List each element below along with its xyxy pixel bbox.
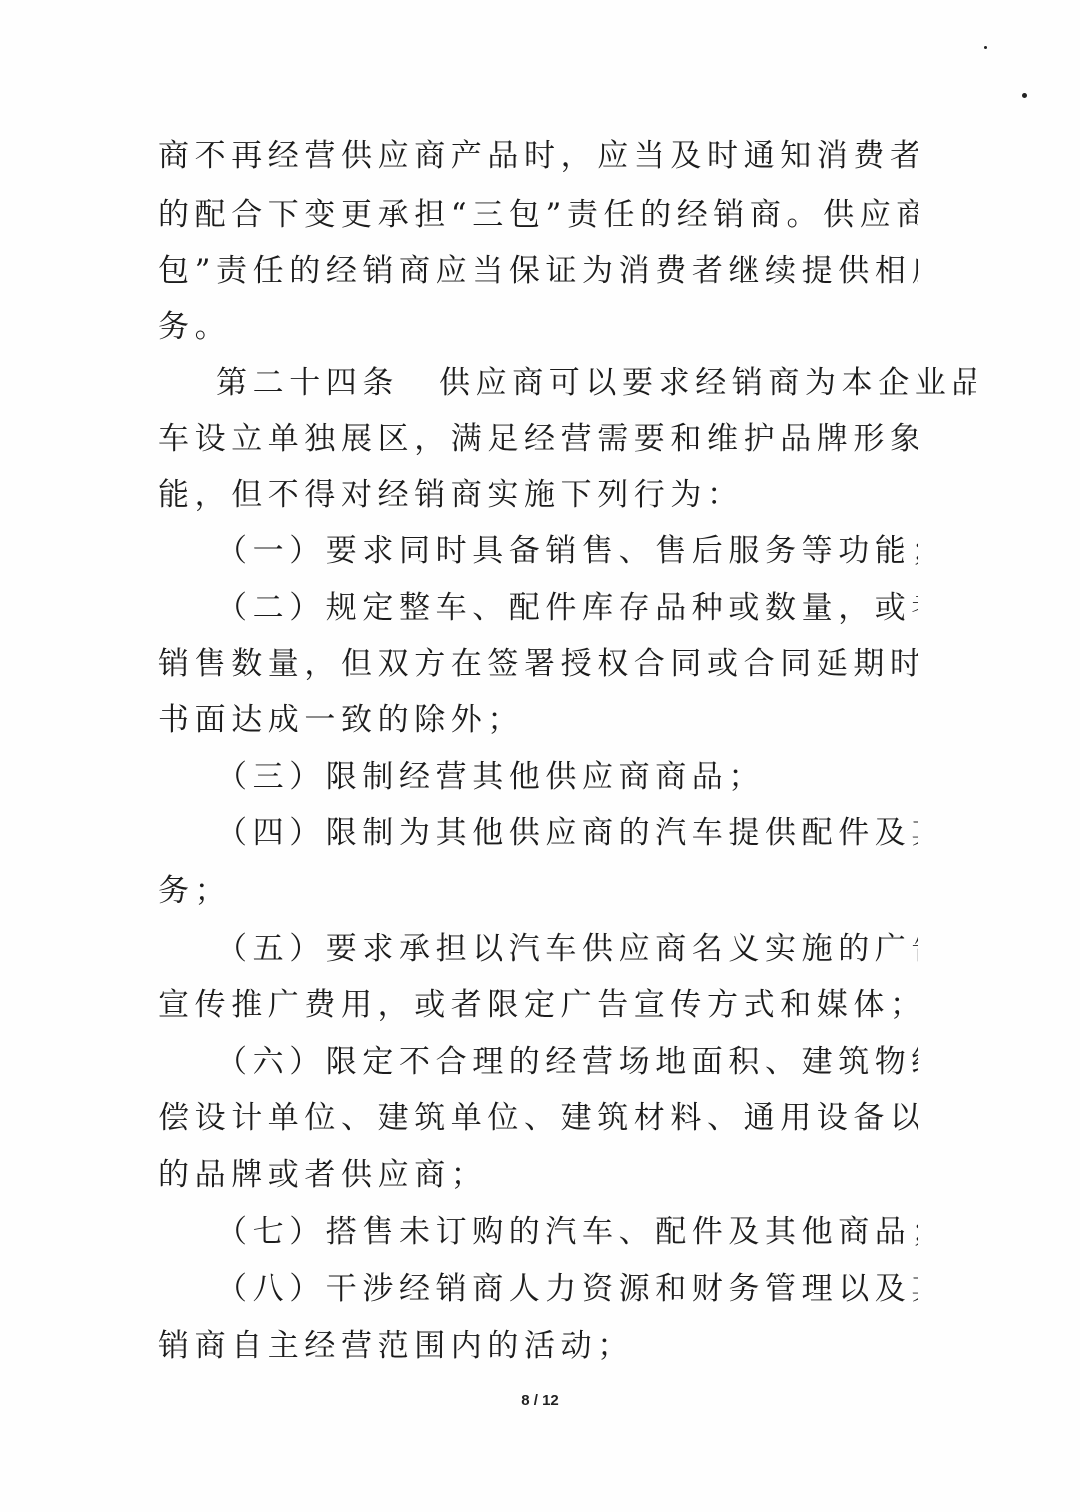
article-text: 供应商可以要求经销商为本企业品牌汽 [439, 365, 976, 401]
list-item-5: （五）要求承担以汽车供应商名义实施的广告、车展等 [216, 920, 918, 978]
list-item-2: （二）规定整车、配件库存品种或数量，或者规定汽车 [216, 579, 918, 637]
list-item-8-cont: 销商自主经营范围内的活动； [158, 1317, 918, 1375]
scan-speck [1022, 93, 1027, 98]
list-item-6: （六）限定不合理的经营场地面积、建筑物结构以及有 [216, 1033, 918, 1091]
article-label: 第二十四条 [216, 365, 399, 401]
list-item-8: （八）干涉经销商人力资源和财务管理以及其他属于经 [216, 1260, 918, 1318]
list-item-6-cont: 偿设计单位、建筑单位、建筑材料、通用设备以及办公设施 [158, 1089, 918, 1147]
list-item-7: （七）搭售未订购的汽车、配件及其他商品； [216, 1203, 918, 1261]
list-item-6-cont: 的品牌或者供应商； [158, 1146, 918, 1204]
list-item-2-cont: 销售数量，但双方在签署授权合同或合同延期时就上述内容 [158, 635, 918, 693]
scan-speck [984, 46, 987, 49]
paragraph-line: 车设立单独展区，满足经营需要和维护品牌形象的基本功 [158, 410, 918, 468]
article-heading-line: 第二十四条供应商可以要求经销商为本企业品牌汽 [216, 354, 976, 412]
paragraph-line: 的配合下变更承担“三包”责任的经销商。供应商、承担“三 [158, 186, 918, 244]
list-item-2-cont: 书面达成一致的除外； [158, 691, 918, 749]
paragraph-line: 能，但不得对经销商实施下列行为： [158, 466, 918, 524]
list-item-4: （四）限制为其他供应商的汽车提供配件及其他售后服 [216, 804, 918, 862]
list-item-3: （三）限制经营其他供应商商品； [216, 748, 918, 806]
page-number: 8 / 12 [0, 1392, 1080, 1409]
document-page: 商不再经营供应商产品时，应当及时通知消费者，在供应商 的配合下变更承担“三包”责… [0, 0, 1080, 1512]
paragraph-line: 商不再经营供应商产品时，应当及时通知消费者，在供应商 [158, 127, 918, 185]
list-item-5-cont: 宣传推广费用，或者限定广告宣传方式和媒体； [158, 976, 918, 1034]
list-item-1: （一）要求同时具备销售、售后服务等功能； [216, 522, 918, 580]
paragraph-line: 务。 [158, 298, 918, 356]
list-item-4-cont: 务； [158, 862, 918, 920]
paragraph-line: 包”责任的经销商应当保证为消费者继续提供相应的售后服 [158, 242, 918, 300]
